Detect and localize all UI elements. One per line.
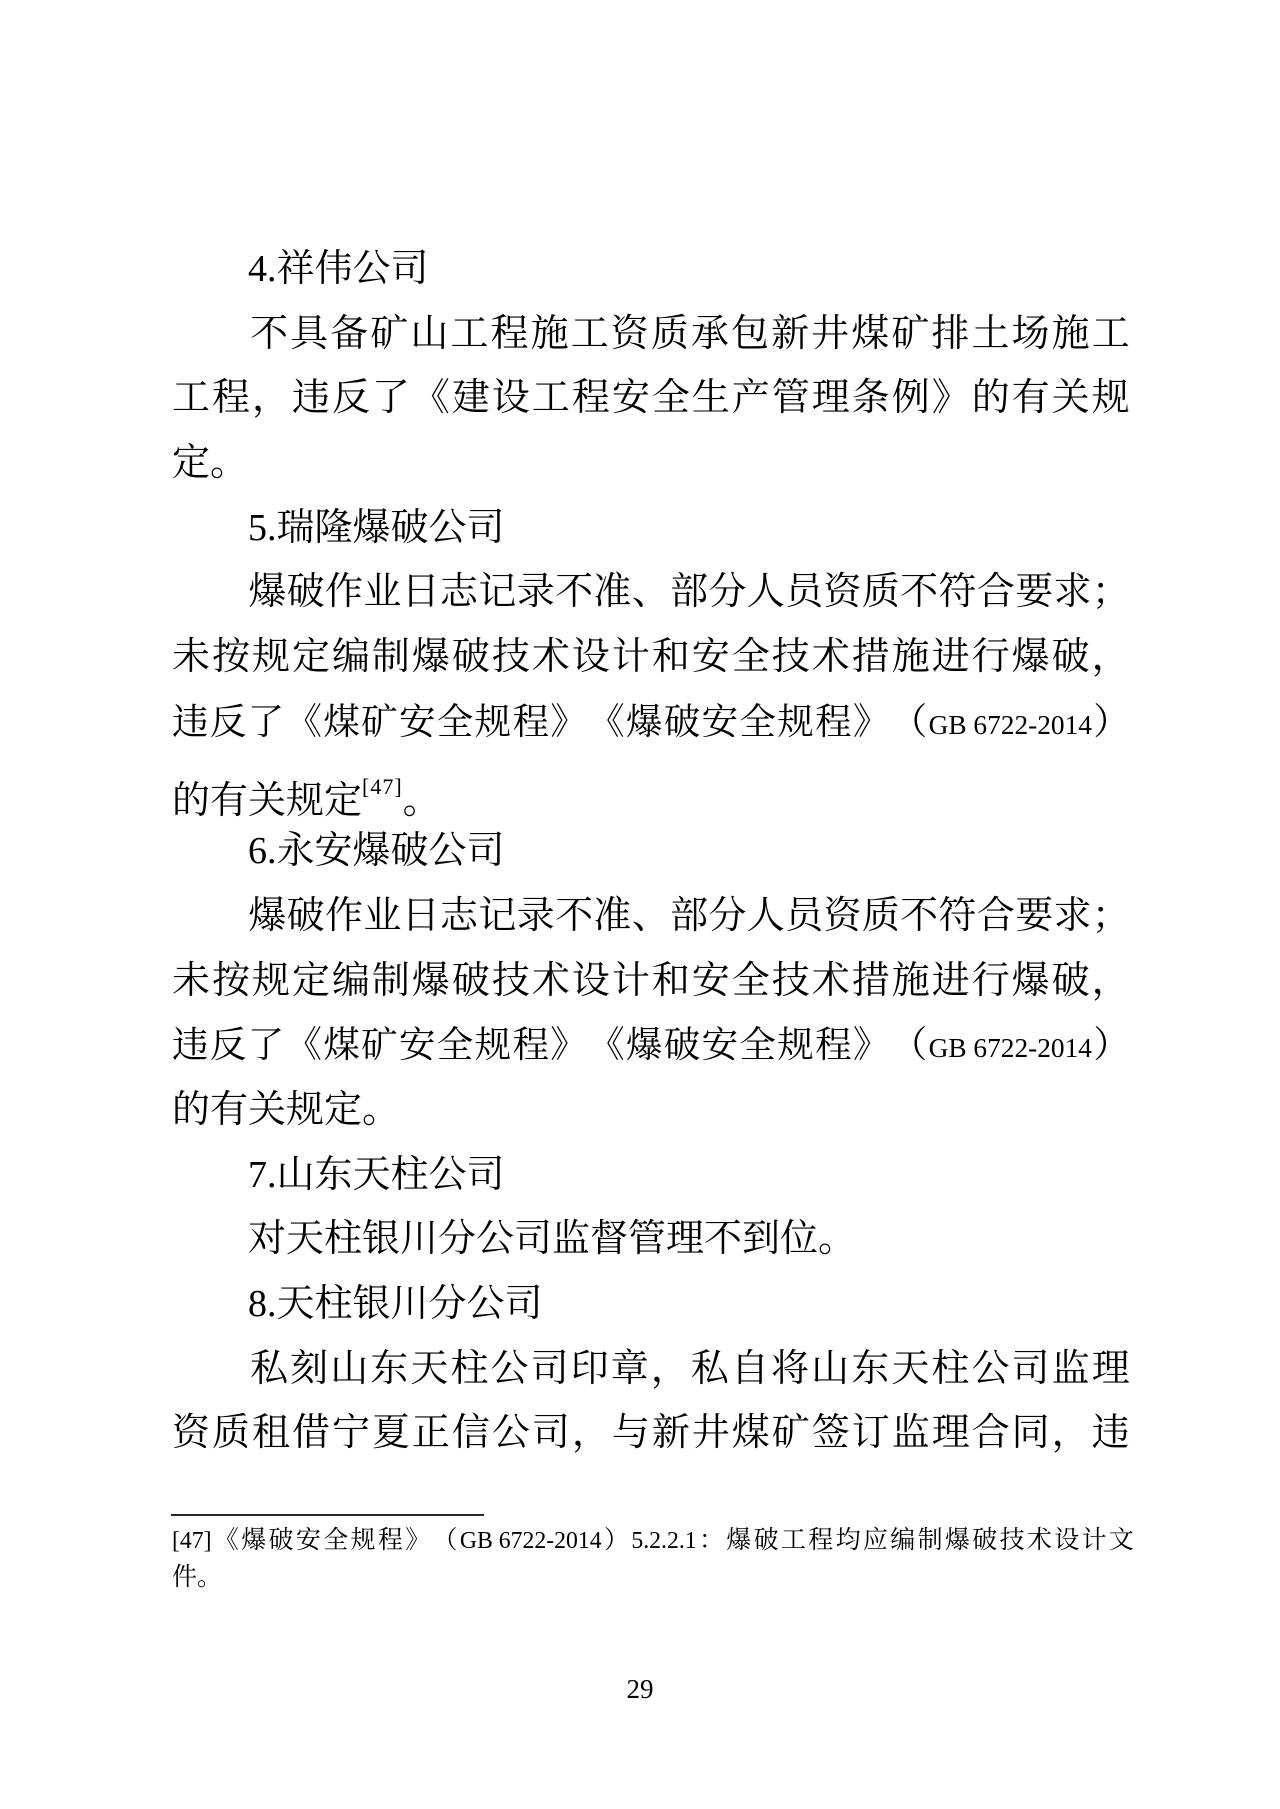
- footnote-ref-superscript: [47]: [362, 774, 403, 799]
- section-heading-5: 5.瑞隆爆破公司: [172, 496, 1130, 561]
- footnote-separator: [171, 1514, 484, 1516]
- page-number: 29: [0, 1674, 1280, 1705]
- body-line: 爆破作业日志记录不准、部分人员资质不符合要求；: [172, 560, 1130, 625]
- body-line: 定。: [172, 431, 1130, 496]
- body-line: 未按规定编制爆破技术设计和安全技术措施进行爆破，: [172, 949, 1130, 1014]
- body-line: 私刻山东天柱公司印章，私自将山东天柱公司监理: [172, 1337, 1130, 1402]
- section-heading-4: 4.祥伟公司: [172, 237, 1130, 302]
- footnote-line: [47]《爆破安全规程》（GB 6722-2014）5.2.2.1：爆破工程均应…: [172, 1522, 1134, 1559]
- body-line: 未按规定编制爆破技术设计和安全技术措施进行爆破，: [172, 625, 1130, 690]
- body-line: 违反了《煤矿安全规程》《爆破安全规程》（GB 6722-2014）: [172, 1013, 1130, 1078]
- body-line: 违反了《煤矿安全规程》《爆破安全规程》（GB 6722-2014）: [172, 690, 1130, 755]
- section-heading-7: 7.山东天柱公司: [172, 1143, 1130, 1208]
- body-line: 的有关规定。: [172, 1078, 1130, 1143]
- document-page: 4.祥伟公司 不具备矿山工程施工资质承包新井煤矿排土场施工 工程，违反了《建设工…: [0, 0, 1280, 1809]
- body-line-with-footnote-ref: 的有关规定[47]。: [172, 755, 1130, 820]
- body-line: 爆破作业日志记录不准、部分人员资质不符合要求；: [172, 884, 1130, 949]
- body-line-text: 的有关规定: [172, 780, 362, 822]
- body-line: 对天柱银川分公司监督管理不到位。: [172, 1207, 1130, 1272]
- section-heading-6: 6.永安爆破公司: [172, 819, 1130, 884]
- body-line: 工程，违反了《建设工程安全生产管理条例》的有关规: [172, 366, 1130, 431]
- section-heading-8: 8.天柱银川分公司: [172, 1272, 1130, 1337]
- footnote: [47]《爆破安全规程》（GB 6722-2014）5.2.2.1：爆破工程均应…: [172, 1522, 1134, 1596]
- body-line: 不具备矿山工程施工资质承包新井煤矿排土场施工: [172, 302, 1130, 367]
- body-line: 资质租借宁夏正信公司，与新井煤矿签订监理合同，违: [172, 1401, 1130, 1466]
- body-line-text: 。: [403, 780, 441, 822]
- body-text: 4.祥伟公司 不具备矿山工程施工资质承包新井煤矿排土场施工 工程，违反了《建设工…: [172, 237, 1130, 1466]
- footnote-line: 件。: [172, 1559, 1134, 1596]
